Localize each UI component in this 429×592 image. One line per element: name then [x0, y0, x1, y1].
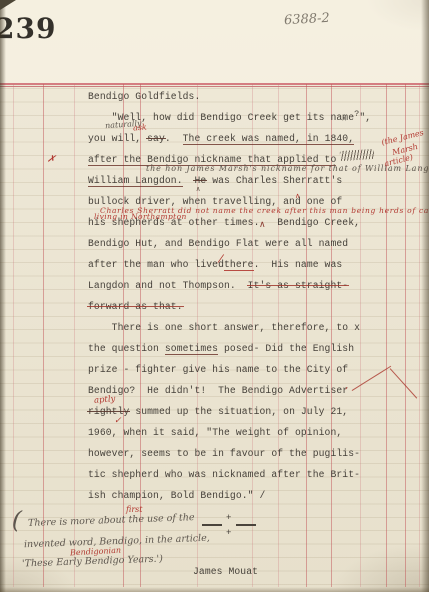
struck-text-red: forward as that.	[88, 300, 183, 313]
typed-segment: however, seems to be in favour of the pu…	[88, 448, 360, 459]
interline-annotation-red: living in Northampton	[94, 212, 187, 221]
typed-segment: the question	[88, 343, 165, 354]
ruled-line-vertical	[43, 84, 44, 587]
typed-line: Langdon and not Thompson. It's as straig…	[88, 279, 348, 292]
underlined-text-red: there	[224, 259, 254, 271]
typed-segment: ",	[359, 112, 371, 123]
typed-segment: Bendigo? He didn't! The Bendigo Advertis…	[88, 385, 348, 396]
typed-line: you will, say. The creek was named, in 1…	[88, 132, 354, 145]
typed-segment: Bendigo Hut, and Bendigo Flat were all n…	[88, 238, 348, 249]
typed-line: There is one short answer, therefore, to…	[88, 321, 360, 334]
divider-plus: +	[226, 528, 231, 538]
page-edge-bottom	[0, 587, 429, 592]
page-edge-left	[0, 0, 6, 592]
handwritten-comma: ,	[345, 380, 348, 391]
typed-segment: when it said, "The weight of opinion,	[118, 427, 343, 438]
paper-top-strip	[0, 0, 429, 83]
correction-aptly: aptly	[94, 394, 116, 406]
struck-text-red: It's as straight-	[248, 279, 349, 292]
struck-text: say	[147, 132, 165, 145]
typed-line: rightly summed up the situation, on July…	[88, 405, 348, 418]
ruled-line-top-red-2	[0, 86, 429, 87]
page-edge-right	[421, 0, 429, 592]
underlined-text: William Langdon.	[88, 175, 183, 187]
typed-line: prize - fighter give his name to the Cit…	[88, 363, 348, 376]
correction-first: first	[126, 505, 142, 514]
ruled-line-top-red	[0, 83, 429, 85]
typed-segment: 1960,	[88, 427, 118, 438]
interline-annotation-pencil: the hon James Marsh's nickname for that …	[146, 164, 429, 173]
typed-line: ish champion, Bold Bendigo." /	[88, 489, 265, 502]
signature: James Mouat	[193, 565, 258, 578]
typed-segment: ish champion, Bold Bendigo." /	[88, 490, 265, 501]
typed-line: however, seems to be in favour of the pu…	[88, 447, 360, 460]
archive-code-pencil: 6388-2	[284, 11, 330, 28]
insertion-caret: ^	[342, 117, 346, 125]
underlined-text: sometimes	[165, 343, 218, 355]
insertion-caret: ∧	[196, 185, 200, 194]
typed-segment: There is one short answer, therefore, to…	[88, 322, 360, 333]
typed-line: Bendigo Hut, and Bendigo Flat were all n…	[88, 237, 348, 250]
typed-segment: summed up the situation, on July 21,	[129, 406, 348, 417]
page-number-stamp: 239	[0, 12, 56, 45]
typed-segment: was Charles Sherratt's	[206, 175, 342, 186]
divider-dash	[202, 524, 222, 526]
typed-segment: after the man who lived	[88, 259, 224, 270]
typed-segment: tic shepherd who was nicknamed after the…	[88, 469, 360, 480]
typed-segment: prize - fighter give his name to the Cit…	[88, 364, 348, 375]
typed-segment: Bendigo Goldfields.	[88, 91, 200, 102]
insertion-caret: ∧	[259, 220, 266, 230]
typed-segment: Langdon and not Thompson.	[88, 280, 248, 291]
divider-plus: +	[226, 513, 231, 523]
ruled-line-vertical	[419, 84, 420, 587]
typed-segment: posed- Did the English	[218, 343, 354, 354]
handwritten-ask: ask	[133, 123, 147, 133]
check-mark: ✓	[114, 416, 122, 426]
typed-line: tic shepherd who was nicknamed after the…	[88, 468, 360, 481]
typed-line: forward as that.	[88, 300, 183, 313]
typed-segment: James Mouat	[193, 566, 258, 577]
typed-line: the question sometimes posed- Did the En…	[88, 342, 354, 355]
typed-line: William Langdon. He was Charles Sherratt…	[88, 174, 342, 187]
typed-segment: you will,	[88, 133, 147, 144]
x-mark: ✗	[46, 153, 56, 165]
typed-line-title: Bendigo Goldfields.	[88, 90, 200, 103]
underlined-text: The creek was named, in 1840,	[183, 133, 355, 145]
struck-text: rightly	[88, 405, 129, 418]
typed-line: after the man who livedthere. His name w…	[88, 258, 342, 271]
typed-line: 1960, when it said, "The weight of opini…	[88, 426, 342, 439]
typed-line: Bendigo? He didn't! The Bendigo Advertis…	[88, 384, 348, 397]
divider-dash	[236, 524, 256, 526]
typed-segment: .	[165, 133, 183, 144]
inserted-question-mark: ?	[354, 109, 359, 119]
insertion-caret-red: ∧	[295, 192, 300, 200]
typed-segment: Bendigo Creek,	[277, 217, 360, 228]
paper: 239 6388-2 Bendigo Goldfields. "Well, ho…	[0, 0, 429, 592]
ruled-line-vertical	[74, 84, 75, 587]
typed-segment: . His name was	[254, 259, 343, 270]
note-open-paren: (	[11, 506, 22, 535]
